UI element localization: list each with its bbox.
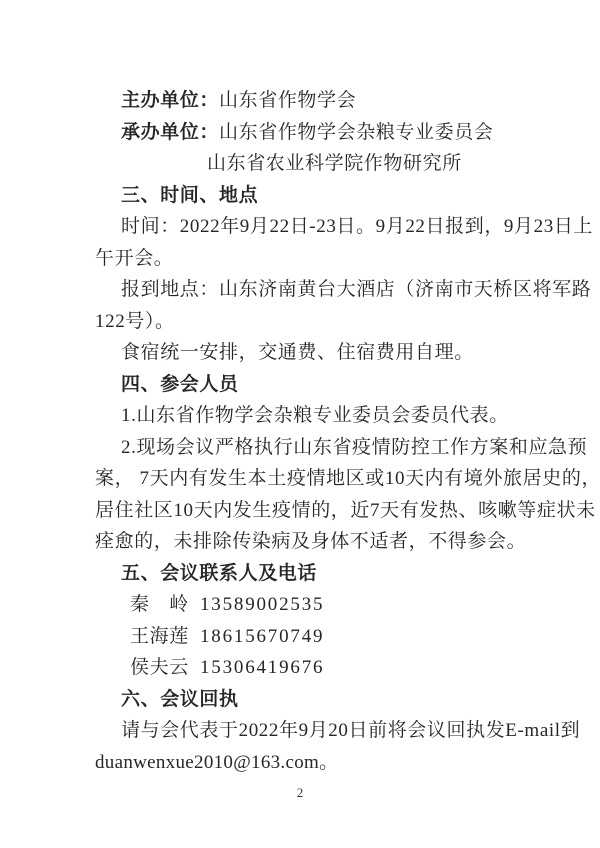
line-covid-4: 痊愈的，未排除传染病及身体不适者，不得参会。	[95, 526, 555, 558]
host-unit-name: 山东省作物学会	[219, 90, 356, 111]
contact-name: 秦 岭	[130, 589, 200, 621]
line-attendees-item1: 1.山东省作物学会杂粮专业委员会委员代表。	[95, 400, 555, 432]
organizer-unit-name: 山东省作物学会杂粮专业委员会	[219, 122, 493, 143]
line-time-2: 午开会。	[95, 243, 555, 275]
organizer-unit-name-2: 山东省农业科学院作物研究所	[207, 153, 462, 174]
contact-name: 王海莲	[130, 621, 200, 653]
line-location-2: 122号）。	[95, 306, 555, 338]
page-number: 2	[0, 785, 600, 801]
contact-row: 侯夫云15306419676	[95, 652, 555, 684]
line-time-1: 时间：2022年9月22日-23日。9月22日报到，9月23日上	[95, 211, 555, 243]
line-covid-1: 2.现场会议严格执行山东省疫情防控工作方案和应急预	[95, 432, 555, 464]
section-reply-heading: 六、会议回执	[95, 684, 555, 716]
section-time-place-heading: 三、时间、地点	[95, 180, 555, 212]
organizer-unit-label: 承办单位：	[121, 122, 219, 143]
document-page: 主办单位：山东省作物学会 承办单位：山东省作物学会杂粮专业委员会 山东省农业科学…	[0, 0, 600, 848]
contact-name: 侯夫云	[130, 652, 200, 684]
section-attendees-heading: 四、参会人员	[95, 369, 555, 401]
host-unit-label: 主办单位：	[121, 90, 219, 111]
line-organizer-unit: 承办单位：山东省作物学会杂粮专业委员会	[95, 117, 555, 149]
contact-row: 王海莲18615670749	[95, 621, 555, 653]
line-covid-3: 居住社区10天内发生疫情的，近7天有发热、咳嗽等症状未	[95, 495, 555, 527]
line-reply-1: 请与会代表于2022年9月20日前将会议回执发E-mail到	[95, 715, 555, 747]
document-body: 主办单位：山东省作物学会 承办单位：山东省作物学会杂粮专业委员会 山东省农业科学…	[95, 85, 555, 778]
contact-phone: 18615670749	[200, 626, 324, 647]
line-expense-note: 食宿统一安排，交通费、住宿费用自理。	[95, 337, 555, 369]
contact-row: 秦 岭13589002535	[95, 589, 555, 621]
section-contacts-heading: 五、会议联系人及电话	[95, 558, 555, 590]
line-organizer-unit-2: 山东省农业科学院作物研究所	[95, 148, 555, 180]
line-location-1: 报到地点：山东济南黄台大酒店（济南市天桥区将军路	[95, 274, 555, 306]
contact-phone: 15306419676	[200, 657, 324, 678]
line-covid-2: 案， 7天内有发生本土疫情地区或10天内有境外旅居史的，	[95, 463, 555, 495]
contact-phone: 13589002535	[200, 594, 324, 615]
line-host-unit: 主办单位：山东省作物学会	[95, 85, 555, 117]
line-reply-email: duanwenxue2010@163.com。	[95, 747, 555, 779]
